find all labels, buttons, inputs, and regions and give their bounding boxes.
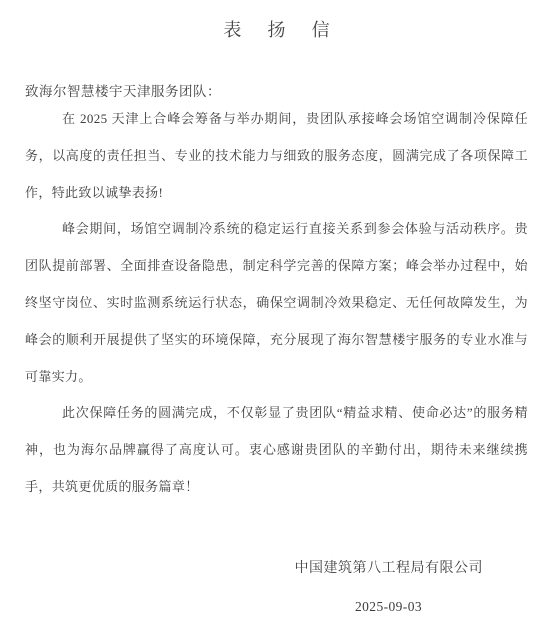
signature-company: 中国建筑第八工程局有限公司 — [0, 560, 483, 578]
letter-paragraph-3: 此次保障任务的圆满完成，不仅彰显了贵团队“精益求精、使命必达”的服务精神，也为海… — [25, 395, 528, 505]
letter-paragraph-1: 在 2025 天津上合峰会筹备与举办期间，贵团队承接峰会场馆空调制冷保障任务，以… — [25, 101, 528, 211]
letter-salutation: 致海尔智慧楼宇天津服务团队： — [25, 83, 528, 101]
letter-paragraph-2: 峰会期间，场馆空调制冷系统的稳定运行直接关系到参会体验与活动秩序。贵团队提前部署… — [25, 211, 528, 395]
letter-body: 在 2025 天津上合峰会筹备与举办期间，贵团队承接峰会场馆空调制冷保障任务，以… — [25, 101, 528, 506]
commendation-letter-page: 表 扬 信 致海尔智慧楼宇天津服务团队： 在 2025 天津上合峰会筹备与举办期… — [0, 0, 553, 628]
signature-date: 2025-09-03 — [0, 599, 422, 615]
letter-title: 表 扬 信 — [25, 20, 528, 40]
